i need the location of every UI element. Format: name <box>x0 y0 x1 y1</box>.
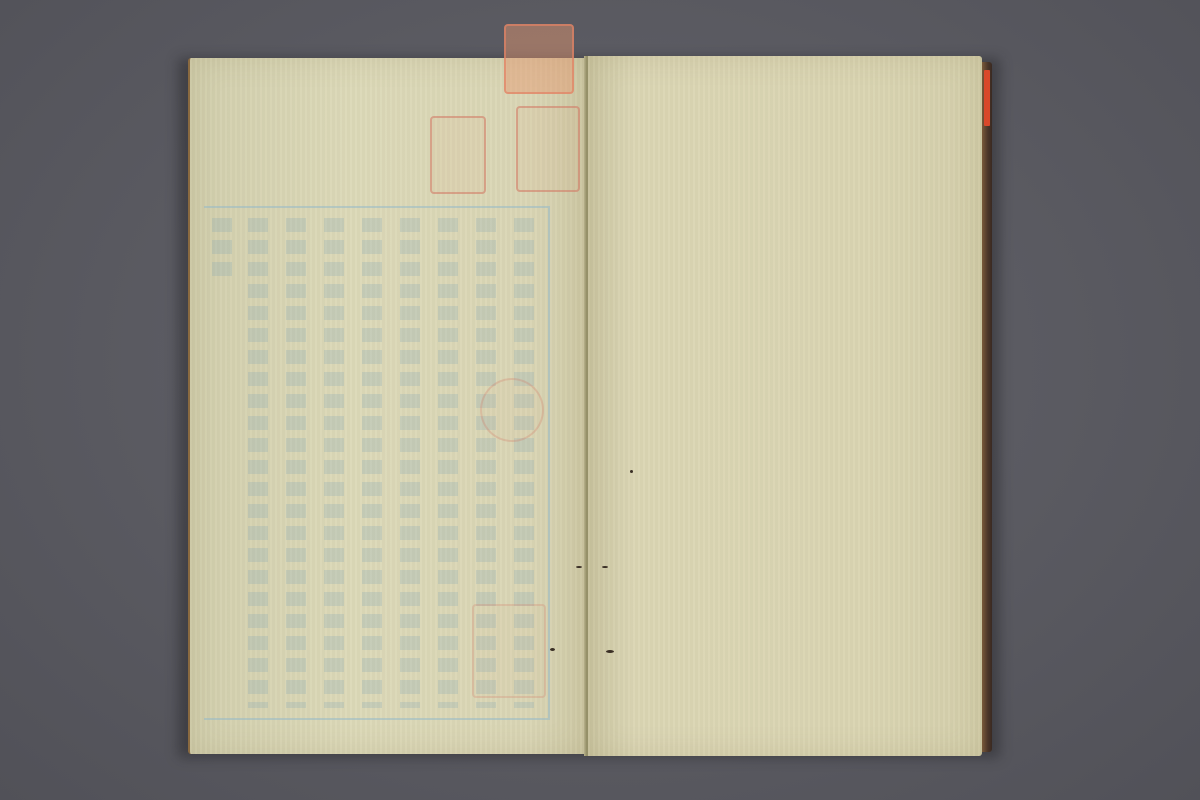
text-column <box>362 218 382 708</box>
text-column <box>438 218 458 708</box>
right-page <box>588 56 982 756</box>
paper-blemish <box>550 648 555 651</box>
paper-texture <box>588 56 982 756</box>
faint-lower-seal <box>472 604 546 698</box>
collector-seal-square-1 <box>430 116 486 194</box>
text-column <box>212 218 232 278</box>
collector-seal-square-2 <box>516 106 580 192</box>
paper-blemish <box>576 566 582 568</box>
faint-round-seal <box>480 378 544 442</box>
left-page <box>188 58 588 754</box>
open-book <box>188 54 996 754</box>
paper-blemish <box>602 566 608 568</box>
top-seal-stamp <box>504 24 574 94</box>
text-column <box>324 218 344 708</box>
paper-blemish <box>606 650 614 653</box>
red-fore-edge-tab <box>984 70 990 126</box>
paper-blemish <box>630 470 633 473</box>
text-column <box>248 218 268 708</box>
fore-edge <box>982 62 992 752</box>
text-column <box>400 218 420 708</box>
text-column <box>286 218 306 708</box>
